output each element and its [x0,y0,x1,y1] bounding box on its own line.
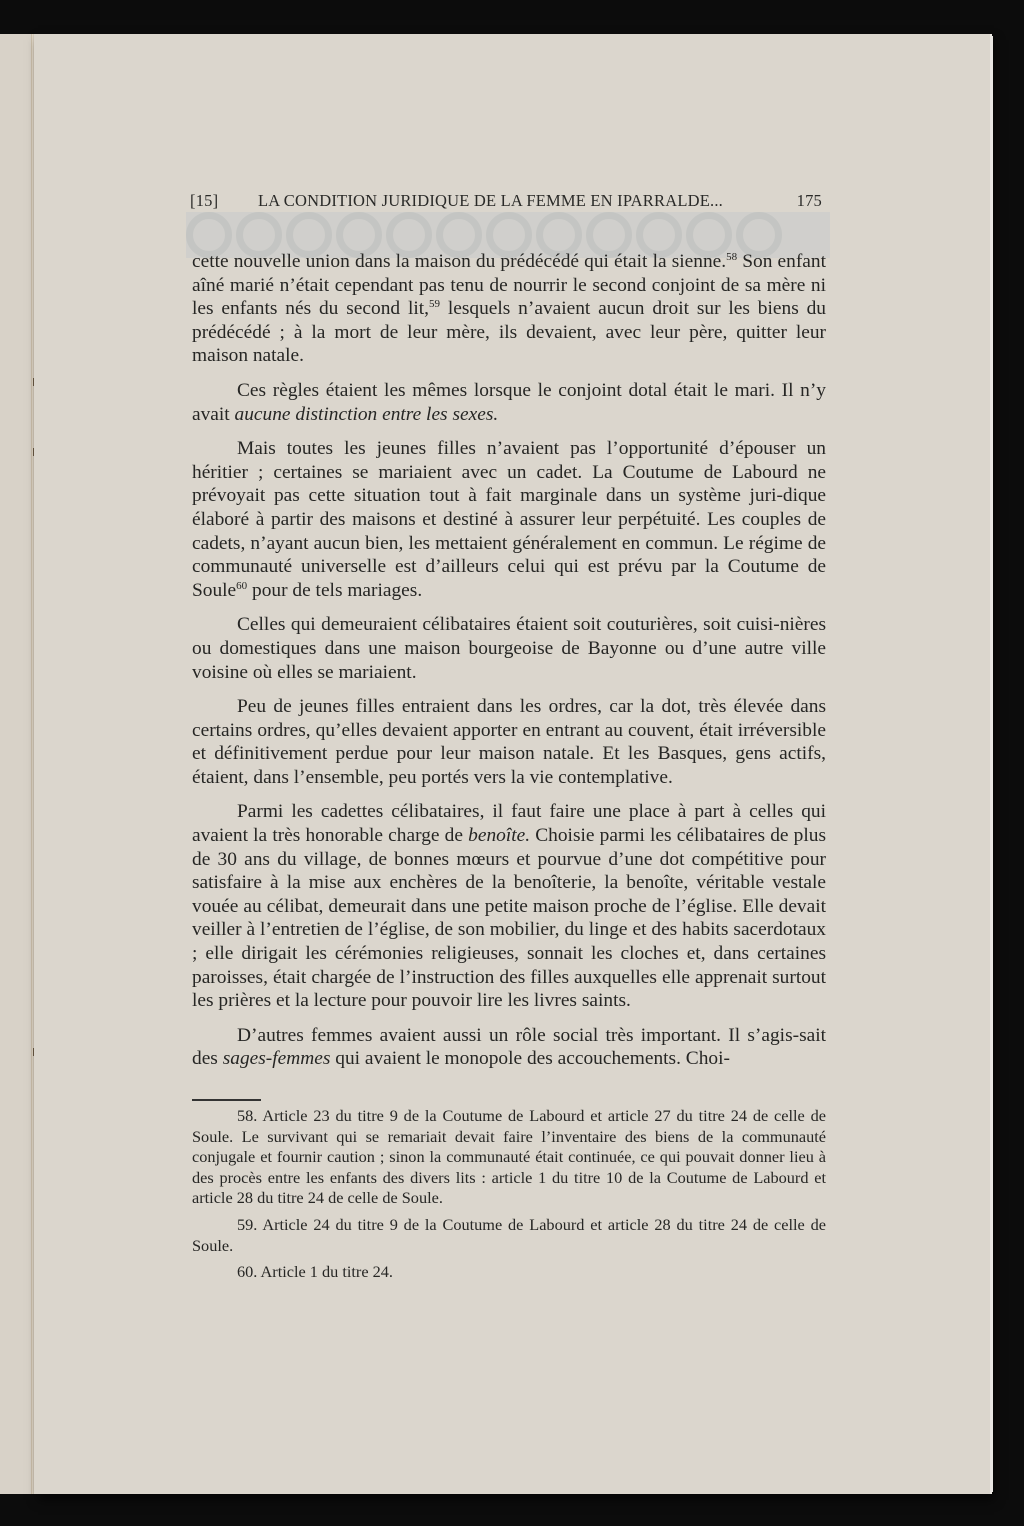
paragraph: Ces règles étaient les mêmes lorsque le … [192,379,826,426]
emphasis: sages-femmes [223,1048,331,1069]
page-edge [990,36,993,1492]
text-run: Choisie parmi les célibataires de plus d… [192,825,826,1011]
emphasis: benoîte. [468,825,530,846]
footnote-number: 59. [237,1215,262,1234]
text-run: Celles qui demeuraient célibataires étai… [192,614,826,682]
footnote-reference[interactable]: 59 [429,298,440,310]
paragraph: cette nouvelle union dans la maison du p… [192,250,826,368]
footnote-number: 58. [237,1106,262,1125]
text-run: qui avaient le monopole des accouchement… [330,1048,730,1069]
paragraph: D’autres femmes avaient aussi un rôle so… [192,1024,826,1071]
running-title: LA CONDITION JURIDIQUE DE LA FEMME EN IP… [258,191,723,211]
page-number: 175 [797,191,822,211]
footnote: 59. Article 24 du titre 9 de la Coutume … [192,1215,826,1256]
paragraph: Peu de jeunes filles entraient dans les … [192,695,826,789]
text-run: Mais toutes les jeunes filles n’avaient … [192,438,826,601]
paragraph: Mais toutes les jeunes filles n’avaient … [192,437,826,602]
footnote-separator [192,1099,261,1101]
paragraph: Parmi les cadettes célibataires, il faut… [192,800,826,1012]
text-run: pour de tels mariages. [247,580,422,601]
footnote-text: Article 1 du titre 24. [261,1262,393,1281]
emphasis: aucune distinction entre les sexes. [235,404,499,425]
footnote-text: Article 24 du titre 9 de la Coutume de L… [192,1215,826,1255]
body-text: cette nouvelle union dans la maison du p… [192,250,826,1082]
footnote: 60. Article 1 du titre 24. [192,1262,826,1283]
paragraph: Celles qui demeuraient célibataires étai… [192,613,826,684]
footnote-reference[interactable]: 58 [726,251,737,263]
text-run: cette nouvelle union dans la maison du p… [192,251,726,272]
footnote-number: 60. [237,1262,261,1281]
footnotes: 58. Article 23 du titre 9 de la Coutume … [192,1106,826,1289]
running-head: [15] LA CONDITION JURIDIQUE DE LA FEMME … [190,191,822,213]
footnote-text: Article 23 du titre 9 de la Coutume de L… [192,1106,826,1207]
section-number: [15] [190,191,218,211]
footnote-reference[interactable]: 60 [236,580,247,592]
footnote: 58. Article 23 du titre 9 de la Coutume … [192,1106,826,1209]
text-run: Peu de jeunes filles entraient dans les … [192,696,826,788]
left-facing-page [0,34,31,1494]
